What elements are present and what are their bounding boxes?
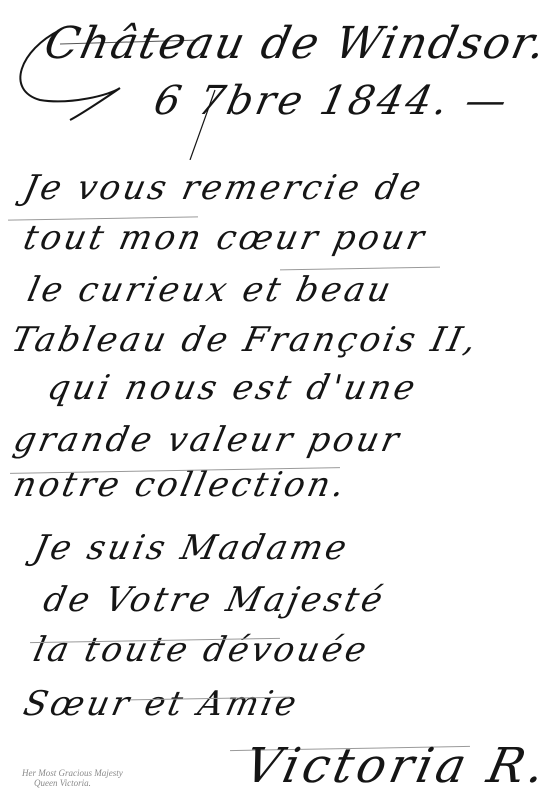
letter-body-line: qui nous est d'une: [44, 368, 421, 408]
letter-closing-line: la toute dévouée: [30, 630, 373, 670]
letter-closing-line: de Votre Majesté: [40, 580, 389, 620]
letter-body-line: Tableau de François II,: [8, 320, 483, 360]
caption-line: Her Most Gracious Majesty: [22, 768, 123, 778]
letter-closing-line: Je suis Madame: [30, 528, 353, 568]
letter-body-line: grande valeur pour: [10, 420, 405, 460]
letter-closing-line: Sœur et Amie: [20, 684, 303, 724]
letter-body-line: tout mon cœur pour: [20, 218, 430, 258]
handwritten-letter: Château de Windsor. 6 7bre 1844. — Je vo…: [0, 0, 557, 800]
letter-body-line: le curieux et beau: [24, 270, 397, 310]
letter-header-date: 6 7bre 1844. —: [150, 78, 514, 124]
caption-line: Queen Victoria.: [22, 778, 123, 788]
letter-header-place: Château de Windsor.: [40, 18, 552, 69]
letter-signature: Victoria R.: [240, 738, 554, 794]
image-caption: Her Most Gracious Majesty Queen Victoria…: [22, 768, 123, 788]
letter-body-line: Je vous remercie de: [20, 168, 428, 208]
